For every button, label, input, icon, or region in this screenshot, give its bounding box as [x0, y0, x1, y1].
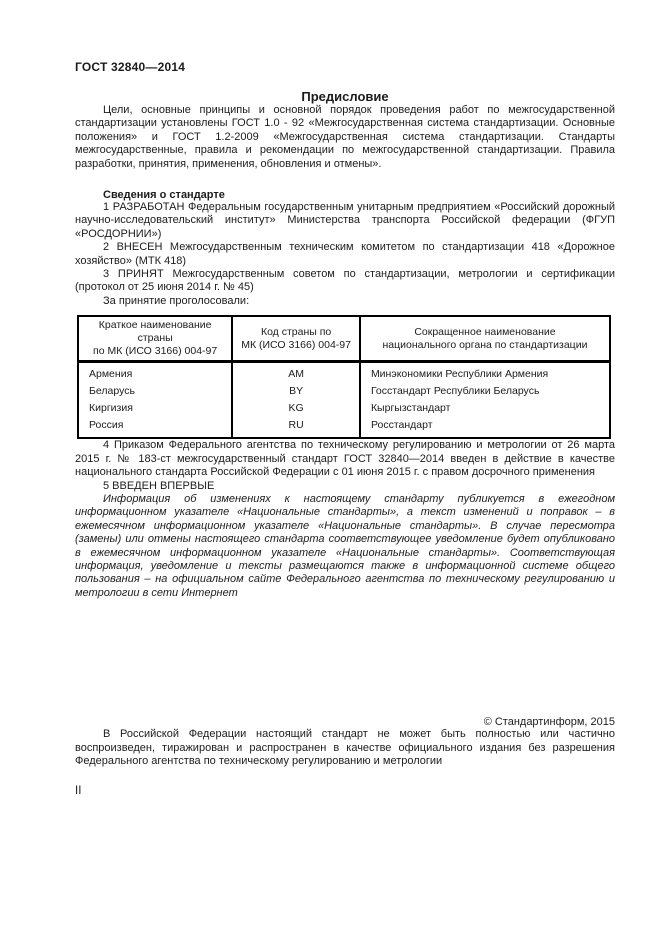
header-body-line2: национального органа по стандартизации [383, 339, 588, 351]
cell-country: Киргизия [78, 400, 232, 417]
cell-code: RU [232, 417, 360, 438]
vote-intro-line: За принятие проголосовали: [75, 295, 615, 308]
copyright-line: © Стандартинформ, 2015 [75, 716, 615, 728]
reproduction-restriction-paragraph: В Российской Федерации настоящий стандар… [75, 728, 615, 768]
table-row: Россия RU Росстандарт [78, 417, 610, 438]
vote-table-header-code: Код страны по МК (ИСО 3166) 004-97 [232, 316, 360, 362]
table-row: Беларусь BY Госстандарт Республики Белар… [78, 383, 610, 400]
page-title: Предисловие [75, 89, 615, 104]
cell-country: Армения [78, 362, 232, 384]
standard-info-heading: Сведения о стандарте [75, 189, 615, 201]
changes-information-note: Информация об изменениях к настоящему ст… [75, 493, 615, 600]
cell-body: Минэкономики Республики Армения [360, 362, 610, 384]
page-number: II [75, 785, 615, 797]
cell-country: Беларусь [78, 383, 232, 400]
document-page: ГОСТ 32840—2014 Предисловие Цели, основн… [0, 0, 661, 935]
cell-body: Кыргызстандарт [360, 400, 610, 417]
vote-table-header-country: Краткое наименование страны по МК (ИСО 3… [78, 316, 232, 362]
header-country-line1: Краткое наименование страны [99, 319, 212, 344]
document-number-header: ГОСТ 32840—2014 [75, 60, 615, 74]
cell-country: Россия [78, 417, 232, 438]
header-code-line2: МК (ИСО 3166) 004-97 [241, 339, 351, 351]
standard-item-1-developed: 1 РАЗРАБОТАН Федеральным государственным… [75, 201, 615, 241]
intro-paragraph: Цели, основные принципы и основной поряд… [75, 104, 615, 171]
vote-table: Краткое наименование страны по МК (ИСО 3… [77, 315, 611, 439]
standard-item-3-adopted: 3 ПРИНЯТ Межгосударственным советом по с… [75, 268, 615, 295]
header-country-line2: по МК (ИСО 3166) 004-97 [93, 345, 217, 357]
cell-body: Росстандарт [360, 417, 610, 438]
cell-code: AM [232, 362, 360, 384]
vote-table-header-body: Сокращенное наименование национального о… [360, 316, 610, 362]
header-body-line1: Сокращенное наименование [414, 326, 555, 338]
standard-item-4-decree: 4 Приказом Федерального агентства по тех… [75, 439, 615, 479]
header-code-line1: Код страны по [261, 326, 331, 338]
vote-table-header-row: Краткое наименование страны по МК (ИСО 3… [78, 316, 610, 362]
standard-item-2-submitted: 2 ВНЕСЕН Межгосударственным техническим … [75, 241, 615, 268]
standard-item-5-introduced: 5 ВВЕДЕН ВПЕРВЫЕ [75, 480, 615, 493]
cell-code: BY [232, 383, 360, 400]
table-row: Армения AM Минэкономики Республики Армен… [78, 362, 610, 384]
cell-code: KG [232, 400, 360, 417]
table-row: Киргизия KG Кыргызстандарт [78, 400, 610, 417]
cell-body: Госстандарт Республики Беларусь [360, 383, 610, 400]
